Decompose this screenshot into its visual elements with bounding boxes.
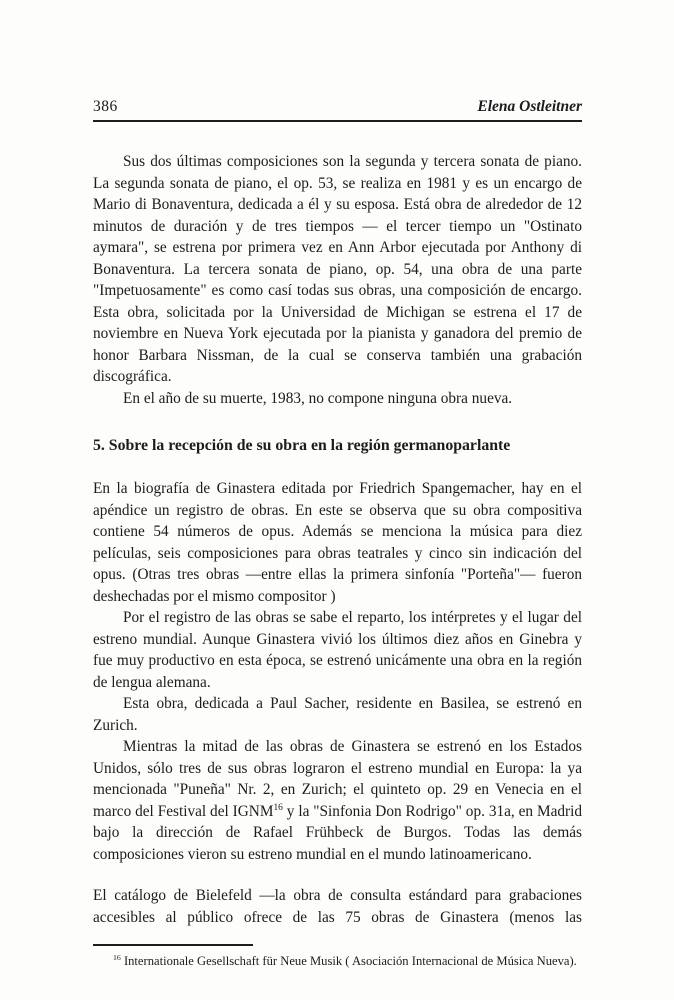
footnote-16-text: Internationale Gesellschaft für Neue Mus…: [121, 954, 577, 968]
paragraph-registro: Por el registro de las obras se sabe el …: [93, 607, 582, 693]
footnote-16-marker: 16: [113, 953, 121, 962]
section-heading: 5. Sobre la recepción de su obra en la r…: [93, 435, 582, 457]
paragraph-paul-sacher: Esta obra, dedicada a Paul Sacher, resid…: [93, 693, 582, 736]
paragraph-bielefeld-catalog: El catálogo de Bielefeld —la obra de con…: [93, 885, 582, 928]
paragraph-biography: En la biografía de Ginastera editada por…: [93, 478, 582, 607]
text-column: 386 Elena Ostleitner Sus dos últimas com…: [93, 98, 582, 970]
page-number: 386: [93, 98, 118, 116]
footnote-area: 16 Internationale Gesellschaft für Neue …: [93, 944, 582, 970]
running-head-author: Elena Ostleitner: [477, 98, 582, 116]
paragraph-death-year: En el año de su muerte, 1983, no compone…: [93, 388, 582, 410]
footnote-separator-rule: [93, 944, 253, 946]
paragraph-european-premieres: Mientras la mitad de las obras de Ginast…: [93, 736, 582, 865]
scanned-page: 386 Elena Ostleitner Sus dos últimas com…: [0, 0, 674, 1000]
footnote-reference-16: 16: [273, 802, 282, 812]
footnote-16: 16 Internationale Gesellschaft für Neue …: [93, 953, 582, 970]
paragraph-sonatas: Sus dos últimas composiciones son la seg…: [93, 151, 582, 388]
page-header: 386 Elena Ostleitner: [93, 98, 582, 122]
page-body: Sus dos últimas composiciones son la seg…: [93, 151, 582, 928]
